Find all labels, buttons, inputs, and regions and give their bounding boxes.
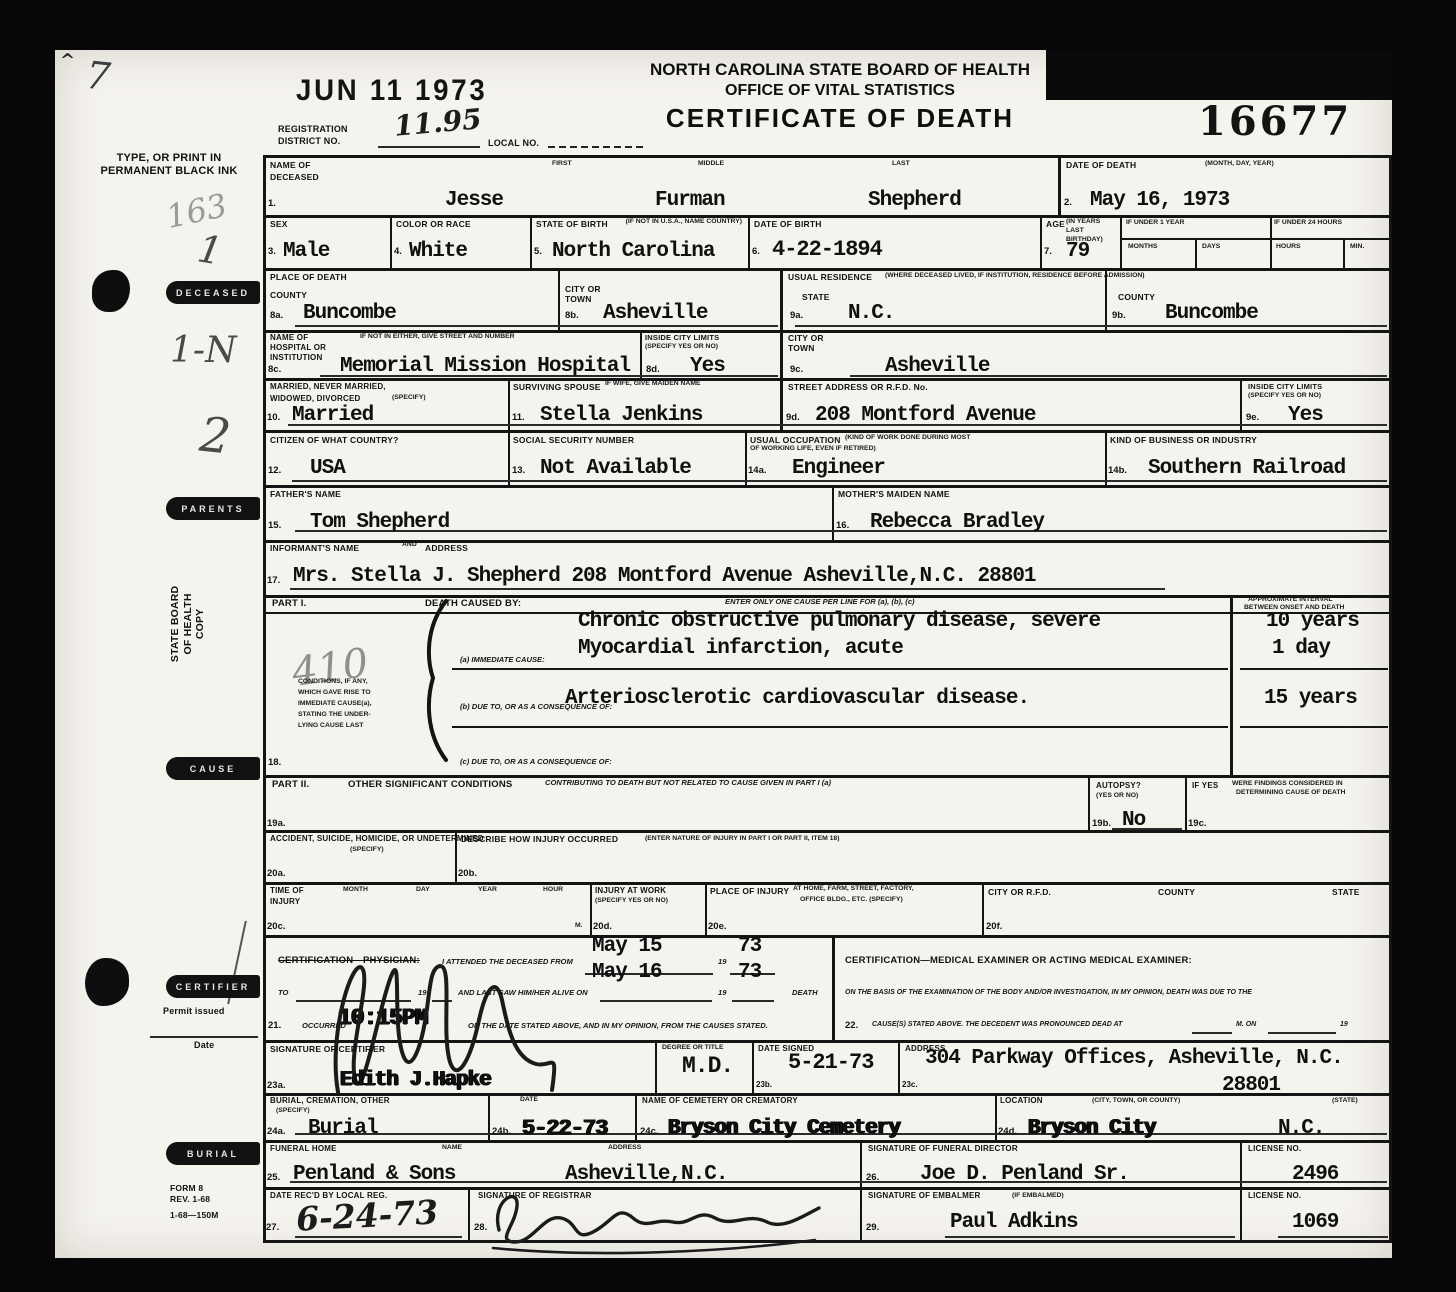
race-label: COLOR OR RACE — [396, 219, 471, 229]
spouse-sub: IF WIFE, GIVE MAIDEN NAME — [605, 380, 701, 389]
line — [263, 215, 1392, 218]
burial-date-num: 24b. — [492, 1126, 511, 1137]
registrar-signature — [485, 1178, 835, 1256]
burial-sub: (SPECIFY) — [276, 1107, 310, 1116]
director-license-label: LICENSE NO. — [1248, 1144, 1301, 1154]
line — [1343, 238, 1345, 268]
findings-num: 19c. — [1188, 818, 1207, 829]
father-label: FATHER'S NAME — [270, 489, 341, 499]
line — [640, 330, 642, 378]
line — [150, 1036, 258, 1038]
interval-a1-value: 10 years — [1266, 611, 1359, 632]
sex-label: SEX — [270, 219, 288, 229]
line — [378, 146, 480, 148]
line — [1240, 1140, 1242, 1240]
funeral-director-num: 26. — [866, 1172, 879, 1183]
injury-time-label-2: INJURY — [270, 897, 300, 907]
residence-sub: (WHERE DECEASED LIVED, IF INSTITUTION, R… — [885, 272, 1145, 281]
res-county-value: Buncombe — [1165, 303, 1258, 324]
injury-work-label: INJURY AT WORK — [595, 886, 666, 896]
autopsy-label: AUTOPSY? — [1096, 781, 1141, 791]
cert-zip-value: 28801 — [1222, 1075, 1280, 1096]
findings-label-2: DETERMINING CAUSE OF DEATH — [1236, 789, 1345, 798]
marital-value: Married — [292, 405, 373, 426]
immediate-cause-label: (a) IMMEDIATE CAUSE: — [460, 655, 545, 664]
informant-addr-label: ADDRESS — [425, 543, 468, 553]
ink-instructions: TYPE, OR PRINT IN PERMANENT BLACK INK — [88, 152, 250, 178]
location-num: 24d. — [998, 1126, 1017, 1137]
sex-num: 3. — [268, 246, 276, 257]
cause-a1-value: Chronic obstructive pulmonary disease, s… — [578, 611, 1100, 632]
industry-value: Southern Railroad — [1148, 458, 1345, 479]
line — [1040, 215, 1042, 268]
burial-date-value: 5-22-73 — [522, 1118, 607, 1140]
line — [590, 882, 592, 935]
cert-medex-label: CERTIFICATION—MEDICAL EXAMINER OR ACTING… — [845, 955, 1192, 966]
injury-time-num: 20c. — [267, 921, 286, 932]
line — [390, 215, 392, 268]
cert-phys-num: 21. — [268, 1020, 281, 1031]
document-title: CERTIFICATE OF DEATH — [600, 103, 1080, 134]
injury-place-sub-1: AT HOME, FARM, STREET, FACTORY, — [793, 885, 914, 894]
tab-certifier: CERTIFIER — [166, 975, 260, 998]
date-signed-num: 23b. — [756, 1080, 772, 1089]
cemetery-num: 24c. — [640, 1126, 659, 1137]
pod-city-value: Asheville — [603, 303, 707, 324]
mother-value: Rebecca Bradley — [870, 512, 1044, 533]
cemetery-value: Bryson City Cemetery — [668, 1118, 900, 1139]
line — [1192, 1032, 1232, 1034]
certifier-name-value: Edith J.Hapke — [340, 1070, 491, 1091]
medex-tail: CAUSE(S) STATED ABOVE. THE DECEDENT WAS … — [872, 1021, 1122, 1030]
injury-place-sub-2: OFFICE BLDG., ETC. (SPECIFY) — [800, 896, 903, 905]
icl2-num: 9e. — [1246, 412, 1259, 423]
year-19-c: 19 — [718, 988, 726, 997]
funeral-name-value: Penland & Sons — [293, 1164, 455, 1185]
spouse-value: Stella Jenkins — [540, 405, 702, 426]
icl1-sub: (SPECIFY YES OR NO) — [645, 343, 718, 352]
injury-hour-col: HOUR — [543, 886, 563, 895]
conditions-line-3: IMMEDIATE CAUSE(a), — [298, 700, 372, 709]
form-number-2: REV. 1-68 — [170, 1194, 210, 1204]
under1-days-col: DAYS — [1202, 243, 1220, 252]
spouse-label: SURVIVING SPOUSE — [513, 382, 601, 392]
part2-label: PART II. — [272, 779, 309, 790]
street-num: 9d. — [786, 412, 800, 423]
line — [263, 378, 1392, 381]
injury-day-col: DAY — [416, 886, 430, 895]
icl2-value: Yes — [1288, 405, 1323, 426]
autopsy-value: No — [1122, 810, 1145, 831]
line — [780, 268, 783, 430]
informant-and: AND — [402, 541, 417, 550]
to-label: TO — [278, 988, 288, 997]
funeral-director-value: Joe D. Penland Sr. — [920, 1164, 1129, 1185]
line — [558, 268, 560, 330]
board-title: NORTH CAROLINA STATE BOARD OF HEALTH — [600, 60, 1080, 80]
handwritten-1n: 1-N — [170, 330, 237, 371]
funeral-num: 25. — [267, 1172, 280, 1183]
line — [508, 378, 510, 485]
line — [1240, 668, 1388, 670]
icl1-num: 8d. — [646, 364, 660, 375]
tab-cause: CAUSE — [166, 757, 260, 780]
industry-label: KIND OF BUSINESS OR INDUSTRY — [1110, 435, 1257, 445]
if-yes-label: IF YES — [1192, 781, 1218, 791]
location-sub: (CITY, TOWN, OR COUNTY) — [1092, 1097, 1180, 1106]
injury-work-num: 20d. — [593, 921, 612, 932]
interval-b-value: 15 years — [1264, 688, 1357, 709]
part1-note: ENTER ONLY ONE CAUSE PER LINE FOR (a), (… — [725, 597, 915, 606]
line — [898, 1040, 900, 1093]
date-recd-num: 27. — [266, 1222, 279, 1233]
line — [795, 325, 1387, 327]
place-of-death-label: PLACE OF DEATH — [270, 272, 347, 282]
cause-b-value: Arteriosclerotic cardiovascular disease. — [565, 688, 1029, 709]
medex-m-on: M. ON — [1236, 1021, 1256, 1030]
embalmer-value: Paul Adkins — [950, 1212, 1078, 1233]
accident-num: 20a. — [267, 868, 286, 879]
age-label: AGE — [1046, 219, 1065, 229]
injury-loc-num: 20f. — [986, 921, 1002, 932]
line — [1278, 1236, 1388, 1238]
marital-num: 10. — [267, 412, 280, 423]
name-num: 1. — [268, 198, 276, 209]
father-value: Tom Shepherd — [310, 512, 449, 533]
citizen-num: 12. — [268, 465, 281, 476]
name-middle-value: Furman — [655, 190, 725, 211]
cemetery-label: NAME OF CEMETERY OR CREMATORY — [642, 1096, 798, 1106]
accident-sub: (SPECIFY) — [350, 846, 384, 855]
embalmer-num: 29. — [866, 1222, 879, 1233]
autopsy-num: 19b. — [1092, 818, 1111, 829]
occupation-value: Engineer — [792, 458, 885, 479]
res-county-label: COUNTY — [1118, 292, 1155, 302]
line — [1058, 155, 1061, 215]
line — [982, 882, 984, 935]
part1-label: PART I. — [272, 598, 306, 609]
under24-min-col: MIN. — [1350, 243, 1364, 252]
line — [290, 588, 1165, 590]
injury-work-sub: (SPECIFY YES OR NO) — [595, 897, 668, 906]
location-state-sub: (STATE) — [1332, 1097, 1358, 1106]
tab-burial: BURIAL — [166, 1142, 260, 1165]
pod-county-num: 8a. — [270, 310, 283, 321]
spouse-num: 11. — [512, 412, 525, 423]
injury-desc-note: (ENTER NATURE OF INJURY IN PART I OR PAR… — [645, 835, 839, 844]
informant-label: INFORMANT'S NAME — [270, 543, 359, 553]
injury-place-label: PLACE OF INJURY — [710, 886, 789, 896]
funeral-addr-sub: ADDRESS — [608, 1144, 641, 1153]
line — [655, 1040, 657, 1093]
line — [263, 1140, 1392, 1143]
name-last-value: Shepherd — [868, 190, 961, 211]
conditions-line-2: WHICH GAVE RISE TO — [298, 689, 371, 698]
hospital-num: 8c. — [268, 364, 281, 375]
industry-num: 14b. — [1108, 465, 1127, 476]
injury-county-col: COUNTY — [1158, 887, 1195, 897]
line — [1195, 238, 1197, 268]
burial-date-label: DATE — [520, 1096, 538, 1105]
line — [832, 935, 835, 1040]
icl1-label: INSIDE CITY LIMITS — [645, 333, 719, 342]
line — [1240, 726, 1388, 728]
name-middle-col: MIDDLE — [698, 160, 724, 169]
occupation-sub-2: OF WORKING LIFE, EVEN IF RETIRED) — [750, 445, 876, 454]
hospital-label-1: NAME OF — [270, 333, 308, 343]
injury-year-col: YEAR — [478, 886, 497, 895]
state-of-birth-value: North Carolina — [552, 241, 714, 262]
mother-label: MOTHER'S MAIDEN NAME — [838, 489, 950, 499]
sig-certifier-label: SIGNATURE OF CERTIFIER — [270, 1044, 385, 1054]
injury-month-col: MONTH — [343, 886, 368, 895]
permit-issued-label: Permit issued — [163, 1006, 225, 1017]
attended-from-year: 73 — [738, 936, 761, 957]
line — [548, 146, 644, 148]
street-value: 208 Montford Avenue — [815, 405, 1035, 426]
name-label-1: NAME OF — [270, 160, 311, 170]
dod-label: DATE OF DEATH — [1066, 160, 1136, 170]
tab-burial-label: BURIAL — [187, 1149, 239, 1159]
name-first-col: FIRST — [552, 160, 572, 169]
embalmer-license-value: 1069 — [1292, 1212, 1338, 1233]
res-county-num: 9b. — [1112, 310, 1126, 321]
funeral-director-label: SIGNATURE OF FUNERAL DIRECTOR — [868, 1144, 1018, 1154]
res-state-value: N.C. — [848, 303, 894, 324]
line — [468, 1187, 470, 1240]
injury-desc-label: DESCRIBE HOW INJURY OCCURRED — [461, 834, 618, 844]
hospital-label-3: INSTITUTION — [270, 353, 322, 363]
registration-label-2: DISTRICT NO. — [278, 136, 340, 147]
tab-cause-label: CAUSE — [190, 764, 237, 774]
medex-num: 22. — [845, 1020, 858, 1031]
hospital-value: Memorial Mission Hospital — [340, 356, 630, 377]
death-label: DEATH — [792, 988, 818, 997]
embalmer-license-label: LICENSE NO. — [1248, 1191, 1301, 1201]
burial-label: BURIAL, CREMATION, OTHER — [270, 1096, 390, 1106]
injury-desc-num: 20b. — [458, 868, 477, 879]
line — [263, 485, 1392, 488]
under1-label: IF UNDER 1 YEAR — [1126, 219, 1184, 228]
line — [1185, 775, 1187, 830]
form-number-3: 1-68—150M — [170, 1210, 219, 1220]
name-first-value: Jesse — [445, 190, 503, 211]
received-date-stamp: JUN 11 1973 — [296, 74, 487, 108]
dob-label: DATE OF BIRTH — [754, 219, 822, 229]
dod-value: May 16, 1973 — [1090, 190, 1229, 211]
director-license-value: 2496 — [1292, 1164, 1338, 1185]
part2-other-label: OTHER SIGNIFICANT CONDITIONS — [348, 779, 512, 790]
occupation-label: USUAL OCCUPATION — [750, 435, 841, 445]
line — [292, 480, 1387, 482]
icl2-sub: (SPECIFY YES OR NO) — [1248, 392, 1321, 401]
injury-time-label-1: TIME OF — [270, 886, 304, 896]
line — [263, 155, 1392, 158]
line — [860, 1140, 862, 1240]
date-signed-value: 5-21-73 — [788, 1052, 873, 1074]
informant-num: 17. — [267, 575, 280, 586]
citizen-label: CITIZEN OF WHAT COUNTRY? — [270, 435, 399, 445]
ssn-num: 13. — [512, 465, 525, 476]
form-number-1: FORM 8 — [170, 1183, 203, 1193]
line — [1389, 155, 1392, 1243]
injury-place-num: 20e. — [708, 921, 727, 932]
cert-address-num: 23c. — [902, 1080, 918, 1089]
injury-m-label: M. — [575, 922, 583, 931]
last-saw-year: 73 — [738, 962, 761, 983]
cert-address-value: 304 Parkway Offices, Asheville, N.C. — [925, 1048, 1343, 1069]
office-title: OFFICE OF VITAL STATISTICS — [600, 82, 1080, 100]
name-label-2: DECEASED — [270, 172, 319, 182]
location-state-value: N.C. — [1278, 1118, 1324, 1139]
medex-year-19: 19 — [1340, 1021, 1348, 1030]
part2-note: CONTRIBUTING TO DEATH BUT NOT RELATED TO… — [545, 778, 831, 787]
findings-label-1: WERE FINDINGS CONSIDERED IN — [1232, 780, 1343, 789]
line — [263, 155, 266, 1243]
father-num: 15. — [268, 520, 281, 531]
tab-parents-label: PARENTS — [181, 504, 244, 514]
copy-line-1: STATE BOARD — [169, 564, 182, 684]
conditions-line-5: LYING CAUSE LAST — [298, 722, 363, 731]
pod-county-value: Buncombe — [303, 303, 396, 324]
res-state-num: 9a. — [790, 310, 803, 321]
copy-designation: STATE BOARD OF HEALTH COPY — [169, 564, 207, 684]
certificate-number: 16677 — [1198, 98, 1352, 145]
race-num: 4. — [394, 246, 402, 257]
embalmer-sub: (IF EMBALMED) — [1012, 1192, 1064, 1201]
line — [1120, 215, 1122, 268]
handwritten-2: 2 — [197, 407, 233, 466]
marital-label-2: WIDOWED, DIVORCED — [270, 394, 361, 404]
injury-state-col: STATE — [1332, 887, 1360, 897]
medex-basis: ON THE BASIS OF THE EXAMINATION OF THE B… — [845, 989, 1252, 998]
race-value: White — [409, 241, 467, 262]
line — [263, 268, 1392, 271]
injury-city-col: CITY OR R.F.D. — [988, 887, 1051, 897]
location-value: Bryson City — [1028, 1118, 1156, 1139]
name-last-col: LAST — [892, 160, 910, 169]
line — [263, 430, 1392, 433]
occupation-sub-1: (KIND OF WORK DONE DURING MOST — [845, 434, 970, 443]
handwritten-seven: 7 — [84, 53, 113, 99]
sig-certifier-num: 23a. — [267, 1080, 286, 1091]
citizen-value: USA — [310, 458, 345, 479]
hospital-label-2: HOSPITAL OR — [270, 343, 326, 353]
line — [1270, 215, 1272, 268]
line — [1105, 430, 1107, 485]
degree-label: DEGREE OR TITLE — [662, 1044, 724, 1053]
sex-value: Male — [283, 241, 329, 262]
pod-city-num: 8b. — [565, 310, 579, 321]
location-label: LOCATION — [1000, 1096, 1043, 1106]
res-city-label: CITY OR TOWN — [788, 333, 833, 353]
burial-num: 24a. — [267, 1126, 286, 1137]
registration-label-1: REGISTRATION — [278, 124, 348, 135]
dod-num: 2. — [1064, 197, 1072, 208]
cause-a2-value: Myocardial infarction, acute — [578, 638, 903, 659]
under24-hours-col: HOURS — [1276, 243, 1301, 252]
line — [530, 215, 532, 268]
residence-label: USUAL RESIDENCE — [788, 272, 872, 282]
dod-sub: (MONTH, DAY, YEAR) — [1205, 160, 1274, 169]
res-city-value: Asheville — [885, 356, 989, 377]
street-label: STREET ADDRESS OR R.F.D. No. — [788, 382, 928, 392]
line — [1230, 595, 1233, 775]
line — [452, 726, 1228, 728]
date-recd-value: 6-24-73 — [295, 1192, 439, 1238]
dob-num: 6. — [752, 246, 760, 257]
copy-line-3: COPY — [194, 564, 207, 684]
redaction-box — [1046, 50, 1392, 100]
tab-certifier-label: CERTIFIER — [176, 982, 251, 992]
line — [945, 1236, 1235, 1238]
death-certificate-scan: ^ 7 JUN 11 1973 NORTH CAROLINA STATE BOA… — [0, 0, 1456, 1292]
year-19-a: 19 — [718, 957, 726, 966]
under24-label: IF UNDER 24 HOURS — [1274, 219, 1342, 228]
tab-deceased-label: DECEASED — [176, 288, 250, 298]
line — [1088, 775, 1090, 830]
due-to-c-label: (c) DUE TO, OR AS A CONSEQUENCE OF: — [460, 757, 612, 766]
autopsy-sub: (YES OR NO) — [1096, 792, 1138, 801]
line — [263, 830, 1392, 833]
state-of-birth-label: STATE OF BIRTH — [536, 219, 608, 229]
local-no-label: LOCAL NO. — [488, 138, 539, 149]
conditions-line-1: CONDITIONS, IF ANY, — [298, 678, 368, 687]
age-num: 7. — [1044, 246, 1052, 257]
embalmer-sig-label: SIGNATURE OF EMBALMER — [868, 1191, 981, 1201]
line — [705, 882, 707, 935]
marital-sub: (SPECIFY) — [392, 394, 426, 403]
conditions-line-4: STATING THE UNDER- — [298, 711, 371, 720]
conditions-bracket — [415, 598, 451, 763]
line — [263, 935, 1392, 938]
marital-label-1: MARRIED, NEVER MARRIED, — [270, 382, 386, 392]
part2-num: 19a. — [267, 818, 286, 829]
ssn-label: SOCIAL SECURITY NUMBER — [513, 435, 634, 445]
icl2-label: INSIDE CITY LIMITS — [1248, 382, 1322, 391]
funeral-home-label: FUNERAL HOME — [270, 1144, 337, 1154]
icl1-value: Yes — [690, 356, 725, 377]
line — [748, 215, 750, 268]
line — [452, 668, 1228, 670]
interval-a2-value: 1 day — [1272, 638, 1330, 659]
burial-value: Burial — [308, 1118, 378, 1139]
line — [295, 325, 778, 327]
dob-value: 4-22-1894 — [772, 239, 882, 261]
ssn-value: Not Available — [540, 458, 691, 479]
date-margin-label: Date — [194, 1040, 214, 1051]
informant-value: Mrs. Stella J. Shepherd 208 Montford Ave… — [293, 566, 1036, 587]
line — [752, 1040, 754, 1093]
line — [1240, 378, 1242, 430]
line — [745, 430, 747, 485]
line — [1120, 238, 1390, 240]
funeral-name-sub: NAME — [442, 1144, 462, 1153]
copy-line-2: OF HEALTH — [182, 564, 195, 684]
degree-value: M.D. — [682, 1055, 733, 1078]
state-of-birth-sub: (IF NOT IN U.S.A., NAME COUNTRY) — [622, 218, 742, 227]
line — [1268, 1032, 1336, 1034]
state-of-birth-num: 5. — [534, 246, 542, 257]
res-state-label: STATE — [802, 292, 830, 302]
cause-num: 18. — [268, 757, 281, 768]
under1-months-col: MONTHS — [1128, 243, 1157, 252]
tab-parents: PARENTS — [166, 497, 260, 520]
line — [732, 1000, 774, 1002]
mother-num: 16. — [836, 520, 849, 531]
handwritten-caret: ^ — [60, 50, 75, 71]
occupation-num: 14a. — [748, 465, 767, 476]
